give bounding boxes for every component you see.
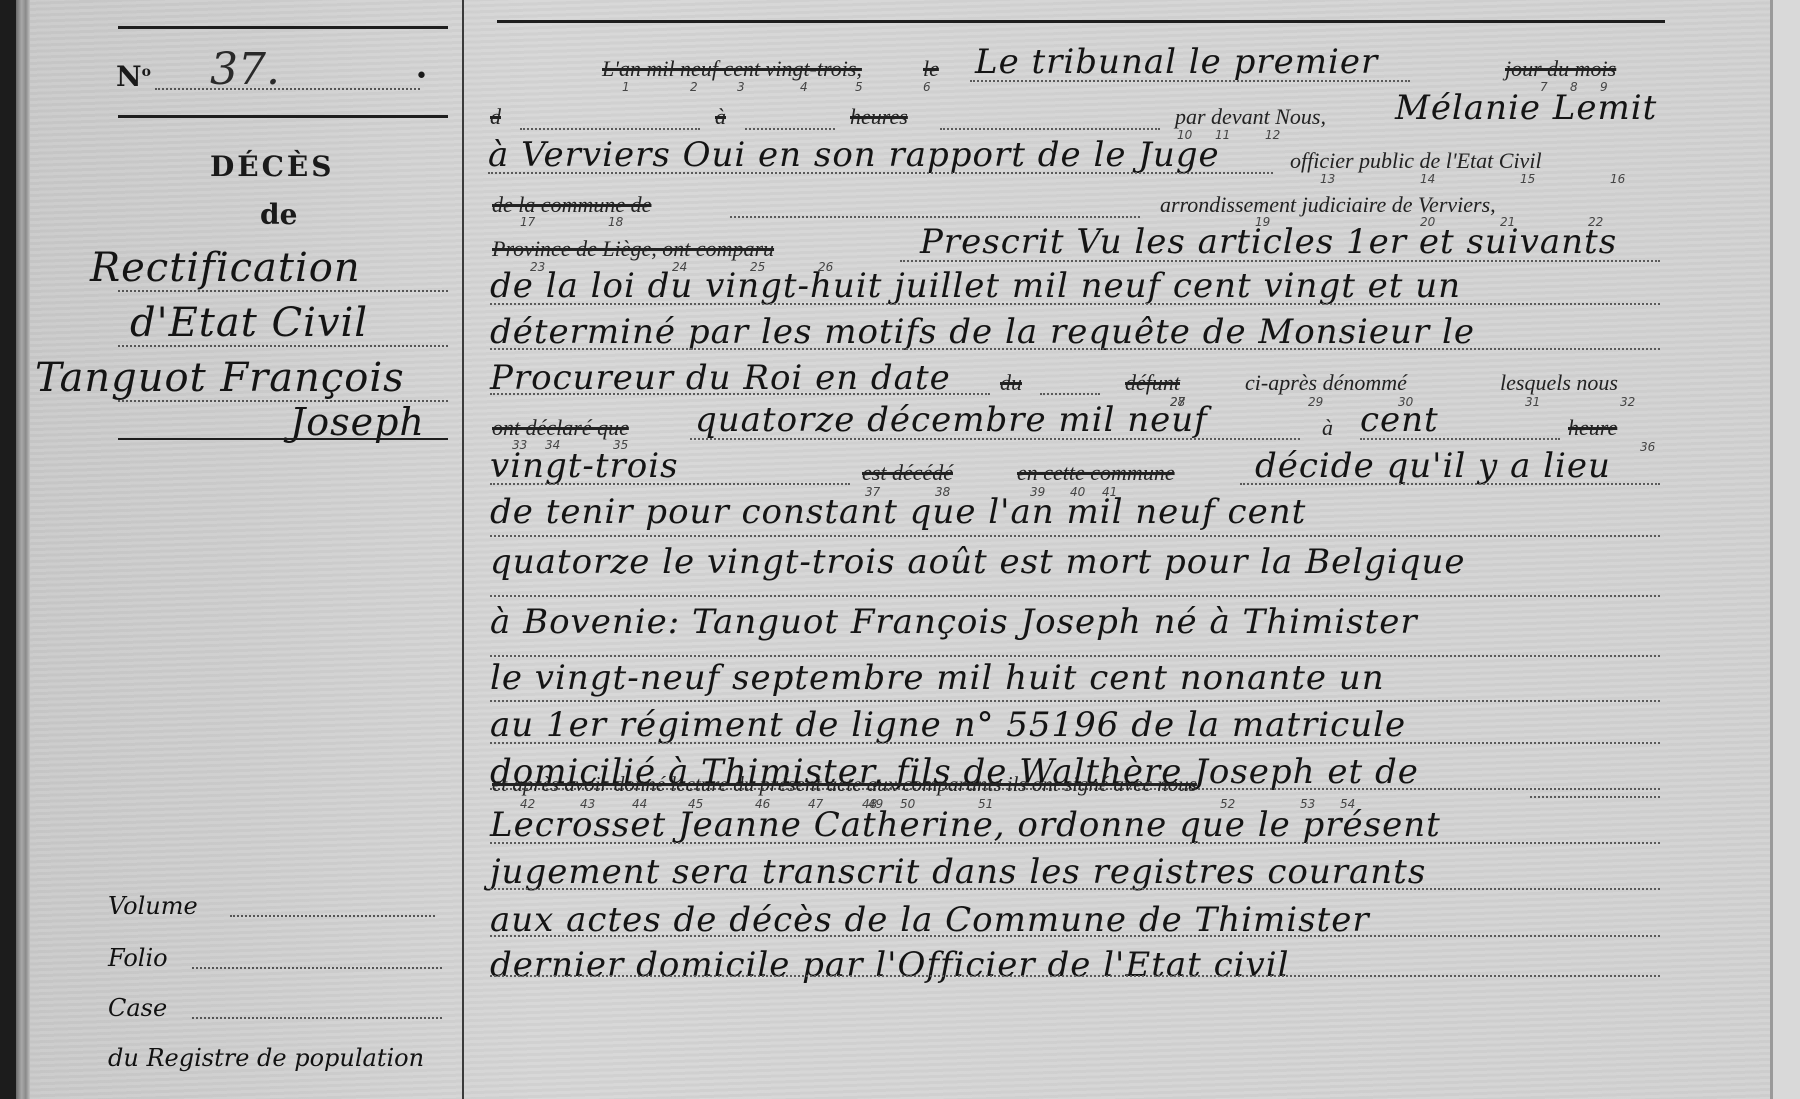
ref-number: 23	[530, 260, 545, 274]
ref-number: 47	[808, 797, 823, 811]
handwritten-line-15: le vingt-neuf septembre mil huit cent no…	[490, 658, 1385, 698]
case-label: Case	[108, 994, 167, 1022]
record-number-line	[155, 88, 420, 90]
volume-label: Volume	[108, 892, 198, 920]
ref-number: 35	[613, 438, 628, 452]
ref-number: 25	[750, 260, 765, 274]
ref-number: 10	[1177, 128, 1192, 142]
ref-number: 13	[1320, 172, 1335, 186]
margin-dotted-line	[118, 345, 448, 347]
ref-number: 32	[1620, 395, 1635, 409]
book-binding	[0, 0, 16, 1099]
ref-number: 28	[1170, 395, 1185, 409]
fill-line	[490, 393, 990, 395]
ref-number: 51	[978, 797, 993, 811]
printed-officier: officier public de l'Etat Civil	[1290, 148, 1542, 174]
printed-heures: heures	[850, 104, 908, 130]
ref-number: 4	[800, 80, 808, 94]
record-number-dot: •	[415, 64, 428, 89]
fill-line	[490, 483, 850, 485]
ref-number: 36	[1640, 440, 1655, 454]
handwritten-line-19: Lecrosset Jeanne Catherine, ordonne que …	[490, 805, 1441, 845]
printed-province: Province de Liège, ont comparu	[492, 236, 774, 262]
ref-number: 31	[1525, 395, 1540, 409]
margin-subject-line-3: Tanguot François	[35, 355, 405, 401]
ref-number: 7	[1540, 80, 1548, 94]
fill-line	[490, 742, 1660, 744]
ref-number: 21	[1500, 215, 1515, 229]
handwritten-line-22: dernier domicile par l'Officier de l'Eta…	[490, 945, 1290, 985]
handwritten-line-20: jugement sera transcrit dans les registr…	[490, 852, 1426, 892]
handwritten-line-13: quatorze le vingt-trois août est mort po…	[490, 542, 1466, 582]
printed-year: L'an mil neuf cent vingt-trois,	[602, 56, 862, 82]
ref-number: 16	[1610, 172, 1625, 186]
printed-heure: heure	[1568, 415, 1617, 441]
fill-line	[490, 535, 1660, 537]
ref-number: 40	[1070, 485, 1085, 499]
ref-number: 45	[688, 797, 703, 811]
margin-dotted-line	[118, 290, 448, 292]
ref-number: 33	[512, 438, 527, 452]
fill-line	[940, 128, 1160, 130]
ref-number: 38	[935, 485, 950, 499]
ref-number: 26	[818, 260, 833, 274]
ref-number: 3	[737, 80, 745, 94]
register-page: No 37. • DÉCÈS de Rectification d'Etat C…	[0, 0, 1800, 1099]
fill-line	[1040, 393, 1100, 395]
ref-number: 14	[1420, 172, 1435, 186]
binding-edge	[16, 0, 30, 1099]
record-type-title: DÉCÈS	[210, 150, 334, 183]
fill-line	[1530, 796, 1660, 798]
fill-line	[490, 700, 1660, 702]
ref-number: 5	[855, 80, 863, 94]
ref-number: 18	[608, 215, 623, 229]
ref-number: 30	[1398, 395, 1413, 409]
printed-le: le	[923, 56, 939, 82]
handwritten-line-3: à Verviers Oui en son rapport de le Juge	[488, 135, 1220, 175]
ref-number: 9	[1600, 80, 1608, 94]
handwritten-line-21: aux actes de décès de la Commune de Thim…	[490, 900, 1370, 940]
folio-field	[192, 967, 442, 969]
ref-number: 22	[1588, 215, 1603, 229]
ref-number: 43	[580, 797, 595, 811]
margin-subject-line-2: d'Etat Civil	[130, 300, 368, 346]
register-footer-label: du Registre de population	[108, 1044, 424, 1072]
ref-number: 37	[865, 485, 880, 499]
fill-line	[520, 128, 700, 130]
folio-label: Folio	[108, 944, 168, 972]
handwritten-line-14: à Bovenie: Tanguot François Joseph né à …	[490, 602, 1418, 642]
ref-number: 19	[1255, 215, 1270, 229]
printed-a-heure: à	[1322, 415, 1333, 441]
ref-number: 6	[923, 80, 931, 94]
record-type-de: de	[260, 198, 297, 231]
case-field	[192, 1017, 442, 1019]
margin-top-rule	[118, 26, 448, 29]
ref-number: 17	[520, 215, 535, 229]
volume-field	[230, 915, 435, 917]
printed-d: d	[490, 104, 501, 130]
printed-lesquels: lesquels nous	[1500, 370, 1618, 396]
ref-number: 54	[1340, 797, 1355, 811]
ref-number: 8	[1570, 80, 1578, 94]
printed-est-decede: est décédé	[862, 460, 953, 486]
handwritten-line-10: quatorze décembre mil neuf	[695, 400, 1208, 440]
ref-number: 49	[868, 797, 883, 811]
fill-line	[1360, 438, 1560, 440]
margin-number-rule	[118, 115, 448, 118]
margin-subject-line-1: Rectification	[90, 245, 361, 291]
printed-par-devant-nous: par devant Nous,	[1175, 104, 1326, 130]
fill-line	[490, 595, 1660, 597]
printed-apres-lecture: et après avoir donné lecture du présent …	[492, 772, 1197, 797]
printed-ci-apres: ci-après dénommé	[1245, 370, 1407, 396]
fill-line	[490, 935, 1660, 937]
body-top-rule	[497, 20, 1665, 23]
margin-subject-rule	[118, 438, 448, 440]
printed-a: à	[715, 104, 726, 130]
fill-line	[1240, 483, 1660, 485]
fill-line	[490, 842, 1660, 844]
ref-number: 20	[1420, 215, 1435, 229]
handwritten-line-11: vingt-trois	[490, 446, 679, 486]
ref-number: 39	[1030, 485, 1045, 499]
ref-number: 44	[632, 797, 647, 811]
ref-number: 42	[520, 797, 535, 811]
ref-number: 1	[622, 80, 630, 94]
fill-line	[490, 888, 1660, 890]
handwritten-line-1: Le tribunal le premier	[975, 42, 1378, 82]
ref-number: 24	[672, 260, 687, 274]
fill-line	[490, 975, 1660, 977]
ref-number: 2	[690, 80, 698, 94]
column-divider	[462, 0, 464, 1099]
record-number-value: 37.	[210, 44, 280, 95]
handwritten-line-16: au 1er régiment de ligne n° 55196 de la …	[490, 705, 1406, 745]
handwritten-line-7: déterminé par les motifs de la requête d…	[490, 312, 1475, 352]
printed-jour-du-mois: jour du mois	[1505, 56, 1616, 82]
handwritten-line-11b: décide qu'il y a lieu	[1255, 446, 1611, 486]
fill-line	[488, 172, 1273, 174]
printed-en-cette-commune: en cette commune	[1017, 460, 1175, 486]
handwritten-line-12: de tenir pour constant que l'an mil neuf…	[490, 492, 1306, 532]
ref-number: 34	[545, 438, 560, 452]
ref-number: 52	[1220, 797, 1235, 811]
printed-arrondissement: arrondissement judiciaire de Verviers,	[1160, 192, 1496, 218]
ref-number: 53	[1300, 797, 1315, 811]
next-page-edge	[1773, 0, 1800, 1099]
ref-number: 15	[1520, 172, 1535, 186]
fill-line	[900, 260, 1660, 262]
ref-number: 46	[755, 797, 770, 811]
record-number-label: No	[116, 60, 151, 93]
printed-commune: de la commune de	[492, 192, 651, 218]
handwritten-line-2: Mélanie Lemit	[1395, 88, 1657, 128]
ref-number: 41	[1102, 485, 1117, 499]
fill-line	[730, 216, 1140, 218]
ref-number: 50	[900, 797, 915, 811]
handwritten-line-8: Procureur du Roi en date	[490, 358, 951, 398]
fill-line	[490, 348, 1660, 350]
ref-number: 12	[1265, 128, 1280, 142]
fill-line	[690, 438, 1300, 440]
printed-defunt: défunt	[1125, 370, 1180, 396]
fill-line	[490, 655, 1660, 657]
fill-line	[970, 80, 1410, 82]
fill-line	[745, 128, 835, 130]
ref-number: 11	[1215, 128, 1230, 142]
printed-du: du	[1000, 370, 1022, 396]
fill-line	[490, 303, 1660, 305]
handwritten-line-6: de la loi du vingt-huit juillet mil neuf…	[490, 266, 1461, 306]
ref-number: 29	[1308, 395, 1323, 409]
